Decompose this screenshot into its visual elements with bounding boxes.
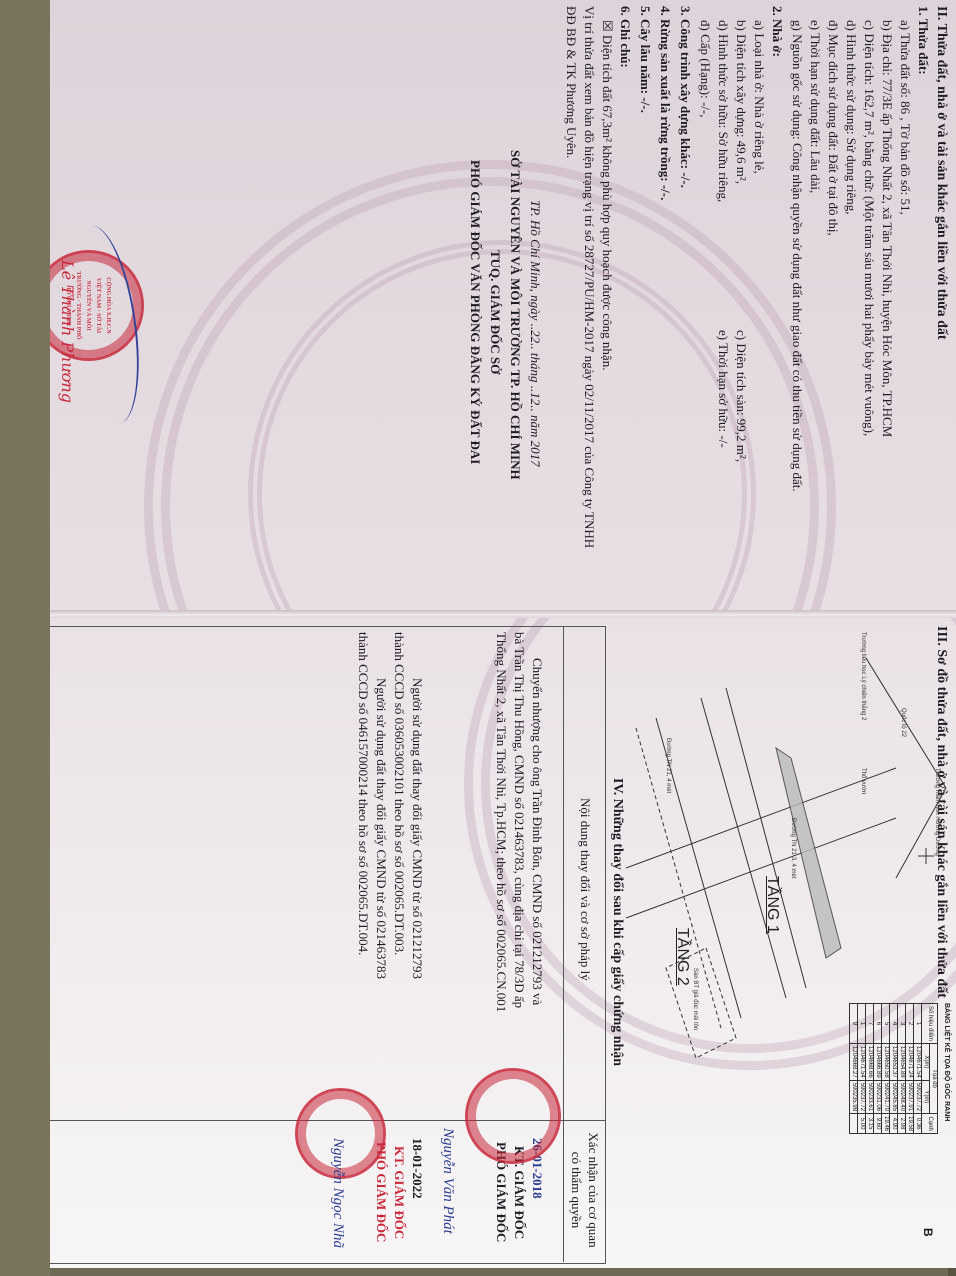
road-tn21-label: Đường TN 21, 4 mét — [665, 738, 671, 793]
land-heading: 1. Thửa đất: — [915, 6, 932, 75]
notes-heading: 6. Ghi chú: — [617, 6, 634, 68]
floor-2-note: Sàn BT giả đúc mái tôn — [692, 968, 698, 1030]
entry-2-line-4: thành CCCD số 046157000214 theo hồ sơ số… — [355, 632, 372, 955]
coord-table-row: 21204671.24590237.9119.58 — [906, 1004, 914, 1134]
entry-1-seal — [465, 1068, 561, 1164]
issuing-title: PHÓ GIÁM ĐỐC VĂN PHÒNG ĐĂNG KÝ ĐẤT ĐAI — [467, 160, 484, 464]
col-confirm-header: Xác nhận của cơ quan có thẩm quyền — [568, 1130, 602, 1250]
coord-table-row: 91204668.27590235.98 — [850, 1004, 858, 1134]
usage-purpose-line: đ) Mục đích sử dụng đất: Đất ở tại đô th… — [825, 20, 842, 236]
coord-table: Số hiệu điểm Tọa độ Cạnh X(m) Y(m) 11204… — [849, 1003, 938, 1134]
entry-1-line-2: bà Trần Thị Thu Hồng, CMND số 021463783,… — [511, 632, 528, 1008]
floor-area: c) Diện tích sàn: 99,2 m², — [733, 330, 750, 462]
section-4-title: IV. Những thay đổi sau khi cấp giấy chứn… — [609, 778, 626, 1066]
page-section-3-4: III. Sơ đồ thửa đất, nhà ở và tài sản kh… — [0, 618, 956, 1268]
coord-cell: 5.00 — [858, 1114, 866, 1134]
coord-cell: 19.46 — [882, 1114, 890, 1134]
usage-form-line: d) Hình thức sử dụng: Sử dụng riêng, — [843, 20, 860, 214]
coord-cell: 590233.61 — [866, 1080, 874, 1113]
coord-cell: 1204653.37 — [890, 1044, 898, 1081]
coord-cell: 1204668.27 — [850, 1044, 858, 1081]
coord-cell: 6 — [874, 1004, 882, 1044]
highway-label: Quốc lộ 22 — [900, 708, 906, 737]
changes-header-divider — [563, 626, 564, 1262]
issuing-delegation: TUQ. GIÁM ĐỐC SỞ — [487, 250, 504, 374]
col-content-header: Nội dung thay đổi và cơ sở pháp lý — [577, 798, 594, 981]
address-line: b) Địa chỉ: 77/3E ấp Thống Nhất 2, xã Tâ… — [879, 20, 896, 437]
coord-cell: 19.58 — [906, 1114, 914, 1134]
build-area: b) Diện tích xây dựng: 49,6 m², — [733, 20, 750, 184]
coord-cell: 3 — [898, 1004, 906, 1044]
col-x: X(m) — [922, 1044, 930, 1081]
coord-table-row: 51204650.58590241.7019.46 — [882, 1004, 890, 1134]
entry-2-title-1: KT. GIÁM ĐỐC — [391, 1146, 408, 1239]
col-coords: Tọa độ — [930, 1044, 938, 1114]
land-use-certificate: II. Thửa đất, nhà ở và tài sản khác gắn … — [0, 0, 956, 1276]
issuing-org: SỞ TÀI NGUYÊN VÀ MÔI TRƯỜNG TP. HỒ CHÍ M… — [507, 150, 524, 480]
coord-cell: 1204671.24 — [906, 1044, 914, 1081]
coord-cell: 9.60 — [874, 1114, 882, 1134]
note-1: ☒ Diện tích đất 67,3m² không phù hợp quy… — [599, 20, 616, 370]
coord-cell: 1204668.66 — [866, 1044, 874, 1081]
coord-cell — [850, 1114, 858, 1134]
coord-cell: 1204650.58 — [882, 1044, 890, 1081]
other-construction: 3. Công trình xây dựng khác: -/-. — [677, 6, 694, 188]
coord-cell: 1204671.54 — [914, 1044, 922, 1081]
ownership-form: d) Hình thức sở hữu: Sở hữu riêng, — [715, 20, 732, 202]
coord-cell: 4 — [890, 1004, 898, 1044]
coord-cell: 2.98 — [898, 1114, 906, 1134]
entry-2-line-3: Người sử dụng đất thay đổi giấy CMND từ … — [373, 678, 390, 979]
col-y: Y(m) — [922, 1080, 930, 1113]
area-line: c) Diện tích: 162,7 m², bằng chữ: (Một t… — [861, 20, 878, 436]
coord-cell: 590245.85 — [890, 1080, 898, 1113]
table-surface-bottom — [0, 0, 50, 1276]
coord-cell: 0.36 — [914, 1114, 922, 1134]
coord-cell: 9 — [850, 1004, 858, 1044]
coord-table-row: 11204671.54590237.725.00 — [858, 1004, 866, 1134]
road-tn21-3-label: Đường TN 21-3, 4 mét — [790, 818, 796, 879]
coord-cell: 1204666.89 — [874, 1044, 882, 1081]
land-type-label: Thổ vườn — [860, 768, 866, 794]
section-2-title: II. Thửa đất, nhà ở và tài sản khác gắn … — [933, 6, 950, 340]
coord-table-title: BẢNG LIỆT KÊ TỌA ĐỘ GÓC RANH — [943, 1003, 950, 1121]
coord-table-row: 11204671.54590237.720.36 — [914, 1004, 922, 1134]
coord-cell: 590235.98 — [850, 1080, 858, 1113]
entry-2-line-2: thành CCCD số 036053002101 theo hồ sơ số… — [391, 632, 408, 955]
coord-table-row: 71204668.66590233.613.15 — [866, 1004, 874, 1134]
page-section-2: II. Thửa đất, nhà ở và tài sản khác gắn … — [0, 0, 956, 612]
coord-table-row: 31204654.88590248.402.98 — [898, 1004, 906, 1134]
floor-1-label: TẦNG 1 — [763, 876, 781, 934]
coord-cell: 2 — [906, 1004, 914, 1044]
usage-term-line: e) Thời hạn sử dụng đất: Lâu dài, — [807, 20, 824, 193]
col-edge: Cạnh — [922, 1114, 938, 1134]
coord-cell: 590237.72 — [914, 1080, 922, 1113]
coord-cell: 590237.91 — [906, 1080, 914, 1113]
entry-1-line-1: Chuyển nhượng cho ông Trần Đình Bôn, CMN… — [529, 658, 546, 1005]
house-type: a) Loại nhà ở: Nhà ở riêng lẻ, — [751, 20, 768, 174]
parcel-line: a) Thửa đất số: 86 , Tờ bản đồ số: 51, — [897, 20, 914, 215]
entry-2-line-1: Người sử dụng đất thay đổi giấy CMND từ … — [409, 678, 426, 979]
origin-line: g) Nguồn gốc sử dụng: Công nhận quyền sử… — [789, 20, 806, 492]
coord-cell: 1204671.54 — [858, 1044, 866, 1081]
floor-2-label: TẦNG 2 — [673, 928, 691, 986]
coord-cell: 1 — [858, 1004, 866, 1044]
entry-2-date: 18-01-2022 — [409, 1138, 426, 1199]
coord-table-row: 61204666.89590231.069.60 — [874, 1004, 882, 1134]
school-label: Trường tiểu học Lý chiến thắng 2 — [860, 632, 866, 720]
coord-cell: 4.90 — [890, 1114, 898, 1134]
coord-cell: 590248.40 — [898, 1080, 906, 1113]
signer-name: Lê Thành Phương — [59, 260, 76, 403]
coord-cell: 590241.70 — [882, 1080, 890, 1113]
coord-cell: 590231.06 — [874, 1080, 882, 1113]
coord-cell: 590237.72 — [858, 1080, 866, 1113]
north-marker: B — [919, 1228, 936, 1237]
kindergarten-label: Trường mầm non Hướng Dương — [934, 768, 940, 856]
entry-1-signer: Nguyễn Văn Phát — [439, 1128, 456, 1234]
coord-table-row: 41204653.37590245.854.90 — [890, 1004, 898, 1134]
coord-cell: 1204654.88 — [898, 1044, 906, 1081]
coord-cell: 7 — [866, 1004, 874, 1044]
col-point: Số hiệu điểm — [922, 1004, 938, 1044]
production-forest: 4. Rừng sản xuất là rừng trồng: -/-. — [657, 6, 674, 200]
note-3: ĐĐ BĐ & TK Phương Uyên. — [563, 6, 580, 158]
entry-2-signer: Nguyễn Ngọc Nhã — [329, 1138, 346, 1248]
entry-1-line-3: Thống Nhất 2, xã Tân Thới Nhì, Tp.HCM; t… — [493, 632, 510, 1012]
coord-cell: 1 — [914, 1004, 922, 1044]
sign-place-date: TP. Hồ Chí Minh, ngày ..22.. tháng ..12.… — [527, 200, 544, 467]
coord-cell: 5 — [882, 1004, 890, 1044]
perennial-trees: 5. Cây lâu năm: -/-. — [637, 6, 654, 113]
ownership-term: e) Thời hạn sở hữu: -/- — [715, 330, 732, 448]
house-grade: đ) Cấp (Hạng): -/-, — [697, 20, 714, 117]
house-heading: 2. Nhà ở: — [769, 6, 786, 57]
coord-cell: 3.15 — [866, 1114, 874, 1134]
note-2: Vị trí thửa đất xem bản đồ hiện trạng vị… — [581, 6, 598, 548]
